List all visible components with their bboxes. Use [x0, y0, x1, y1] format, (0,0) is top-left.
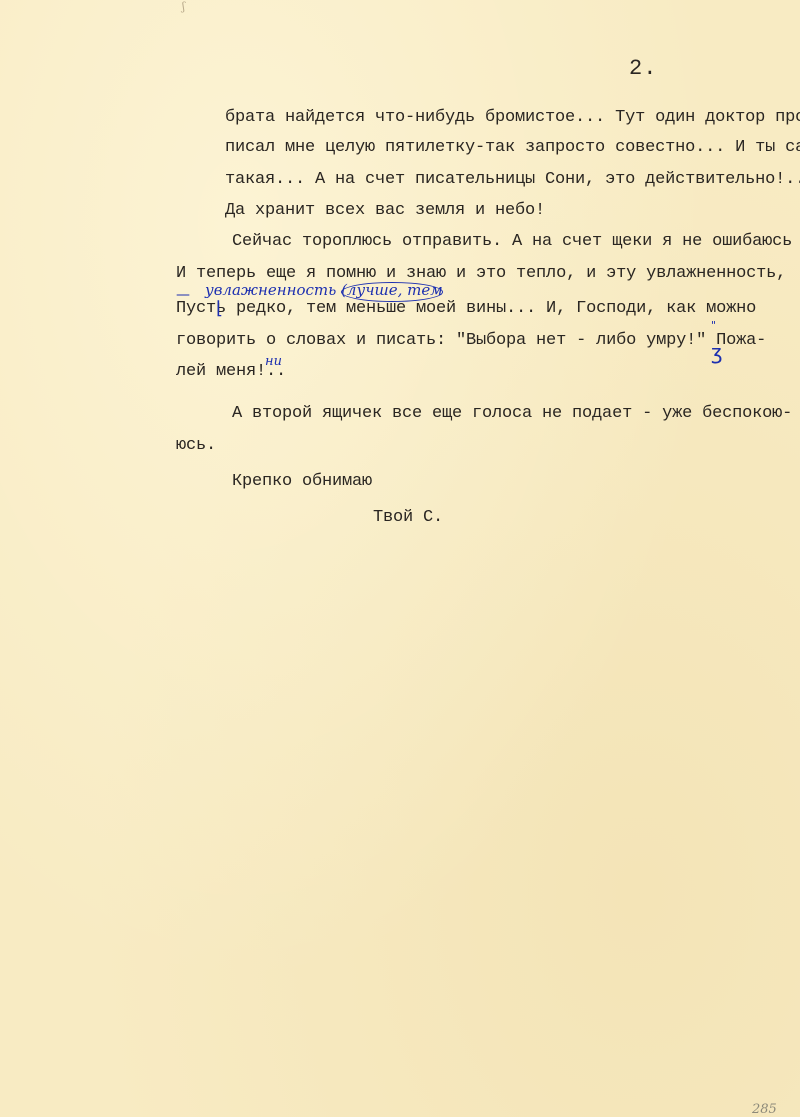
document-page: ʃ 2. брата найдется что-нибудь бромистое… [0, 0, 800, 1117]
text-line-4: Да хранит всех вас земля и небо! [225, 201, 545, 221]
text-line-8: говорить о словах и писать: "Выбора нет … [176, 331, 766, 351]
insert-caret-mark: ⌊ [216, 298, 223, 319]
text-line-2: писал мне целую пятилетку-так запросто с… [225, 138, 800, 158]
corner-pencil-mark: ʃ [182, 0, 185, 13]
text-line-7: Пусть редко, тем меньше моей вины... И, … [176, 299, 756, 319]
text-line-11: юсь. [176, 436, 216, 456]
page-number: 2. [629, 56, 657, 81]
text-line-5: Сейчас тороплюсь отправить. А на счет ще… [232, 232, 792, 252]
handwritten-quote-mark: " [711, 319, 716, 332]
text-line-3: такая... А на счет писательницы Сони, эт… [225, 170, 800, 190]
closing-line: Крепко обнимаю [232, 472, 372, 492]
handwritten-squiggle-mark: ʒ [711, 340, 723, 364]
text-line-10: А второй ящичек все еще голоса не подает… [232, 404, 792, 424]
handwritten-insertion: ни [265, 354, 282, 369]
text-line-1: брата найдется что-нибудь бромистое... Т… [225, 108, 800, 128]
signature-line: Твой С. [373, 508, 443, 528]
archive-page-number: 285 [752, 1102, 777, 1117]
